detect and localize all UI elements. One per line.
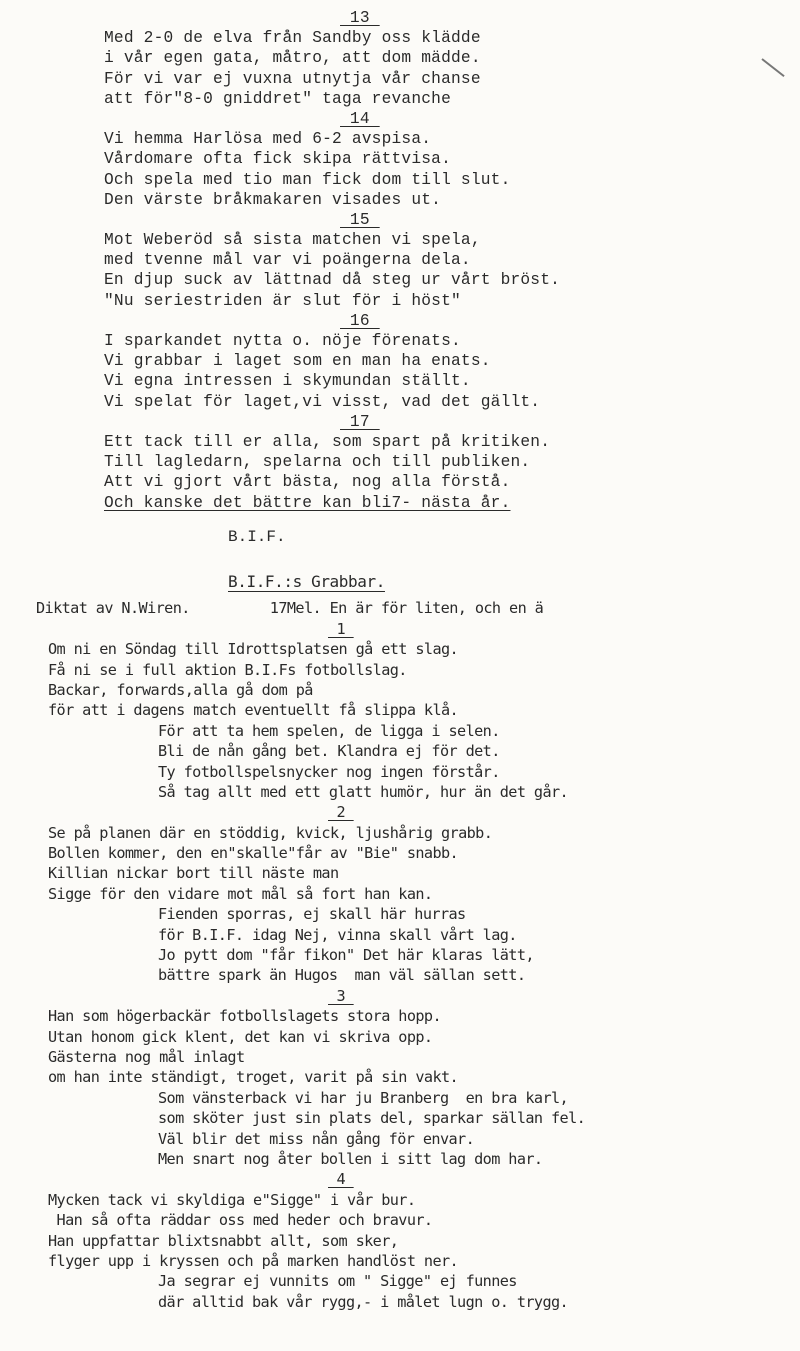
poem-line: I sparkandet nytta o. nöje förenats.: [104, 331, 560, 351]
poem-line: Se på planen där en stöddig, kvick, ljus…: [48, 823, 585, 843]
poem-line: Den värste bråkmakaren visades ut.: [104, 190, 560, 210]
poem-line: där alltid bak vår rygg,- i målet lugn o…: [48, 1292, 585, 1312]
poem-line: Ja segrar ej vunnits om " Sigge" ej funn…: [48, 1271, 585, 1291]
author-credit: Diktat av N.Wiren.: [36, 599, 190, 617]
poem-line: Bollen kommer, den en"skalle"får av "Bie…: [48, 843, 585, 863]
poem-line: Ett tack till er alla, som spart på krit…: [104, 432, 560, 452]
poem-line: Att vi gjort vårt bästa, nog alla förstå…: [104, 472, 560, 492]
poem-line: Utan honom gick klent, det kan vi skriva…: [48, 1027, 585, 1047]
poem-line: Mycken tack vi skyldiga e"Sigge" i vår b…: [48, 1190, 585, 1210]
stanza-number: 2: [48, 802, 585, 822]
poem-line: om han inte ständigt, troget, varit på s…: [48, 1067, 585, 1087]
poem-line: Om ni en Söndag till Idrottsplatsen gå e…: [48, 639, 585, 659]
poem-line: som sköter just sin plats del, sparkar s…: [48, 1108, 585, 1128]
poem-line: Ty fotbollspelsnycker nog ingen förstår.: [48, 762, 585, 782]
upper-poem-section: 13 Med 2-0 de elva från Sandby oss klädd…: [104, 8, 560, 513]
poem-line: Mot Weberöd så sista matchen vi spela,: [104, 230, 560, 250]
poem-line: "Nu seriestriden är slut för i höst": [104, 291, 560, 311]
author-melody-line: Diktat av N.Wiren.17Mel. En är för liten…: [36, 598, 585, 618]
poem-line: Killian nickar bort till näste man: [48, 863, 585, 883]
poem-line: Sigge för den vidare mot mål så fort han…: [48, 884, 585, 904]
poem-line: Så tag allt med ett glatt humör, hur än …: [48, 782, 585, 802]
poem-line: För vi var ej vuxna utnytja vår chanse: [104, 69, 560, 89]
poem-line: flyger upp i kryssen och på marken handl…: [48, 1251, 585, 1271]
poem-line: Väl blir det miss nån gång för envar.: [48, 1129, 585, 1149]
poem-line: Han så ofta räddar oss med heder och bra…: [48, 1210, 585, 1230]
poem-line: Vårdomare ofta fick skipa rättvisa.: [104, 149, 560, 169]
poem-line: Han som högerbackär fotbollslagets stora…: [48, 1006, 585, 1026]
stanza-number: 13: [104, 8, 560, 28]
poem-line: Vi egna intressen i skymundan ställt.: [104, 371, 560, 391]
margin-pencil-mark: [761, 58, 784, 77]
poem-line: Vi spelat för laget,vi visst, vad det gä…: [104, 392, 560, 412]
lower-poem-section: Diktat av N.Wiren.17Mel. En är för liten…: [48, 578, 585, 1312]
stanza-number: 15: [104, 210, 560, 230]
stanza-number: 4: [48, 1169, 585, 1189]
stanza-number: 3: [48, 986, 585, 1006]
poem-line: Bli de nån gång bet. Klandra ej för det.: [48, 741, 585, 761]
poem-line: Och spela med tio man fick dom till slut…: [104, 170, 560, 190]
poem-line: Och kanske det bättre kan bli7- nästa år…: [104, 493, 560, 513]
poem-line: Fienden sporras, ej skall här hurras: [48, 904, 585, 924]
poem-line: bättre spark än Hugos man väl sällan set…: [48, 965, 585, 985]
poem-line: Backar, forwards,alla gå dom på: [48, 680, 585, 700]
poem-line: Jo pytt dom "får fikon" Det här klaras l…: [48, 945, 585, 965]
poem-line: med tvenne mål var vi poängerna dela.: [104, 250, 560, 270]
stanza-number: 16: [104, 311, 560, 331]
stanza-number: 14: [104, 109, 560, 129]
poem-line: för B.I.F. idag Nej, vinna skall vårt la…: [48, 925, 585, 945]
poem-line: Men snart nog åter bollen i sitt lag dom…: [48, 1149, 585, 1169]
poem-line: Vi hemma Harlösa med 6-2 avspisa.: [104, 129, 560, 149]
poem-line: Gästerna nog mål inlagt: [48, 1047, 585, 1067]
scanned-page: 13 Med 2-0 de elva från Sandby oss klädd…: [0, 0, 800, 1351]
poem-line: Till lagledarn, spelarna och till publik…: [104, 452, 560, 472]
poem-line: Med 2-0 de elva från Sandby oss klädde: [104, 28, 560, 48]
melody-note: 17Mel. En är för liten, och en ä: [190, 599, 543, 617]
poem-line: En djup suck av lättnad då steg ur vårt …: [104, 270, 560, 290]
poem-line: för att i dagens match eventuellt få sli…: [48, 700, 585, 720]
poem-line: Vi grabbar i laget som en man ha enats.: [104, 351, 560, 371]
poem-line: Som vänsterback vi har ju Branberg en br…: [48, 1088, 585, 1108]
poem-line: att för"8-0 gniddret" taga revanche: [104, 89, 560, 109]
signature: B.I.F.: [228, 528, 286, 546]
stanza-number: 1: [48, 619, 585, 639]
stanza-number: 17: [104, 412, 560, 432]
poem-line: Han uppfattar blixtsnabbt allt, som sker…: [48, 1231, 585, 1251]
poem-line: För att ta hem spelen, de ligga i selen.: [48, 721, 585, 741]
poem-line: Få ni se i full aktion B.I.Fs fotbollsla…: [48, 660, 585, 680]
poem-line: i vår egen gata, måtro, att dom mädde.: [104, 48, 560, 68]
